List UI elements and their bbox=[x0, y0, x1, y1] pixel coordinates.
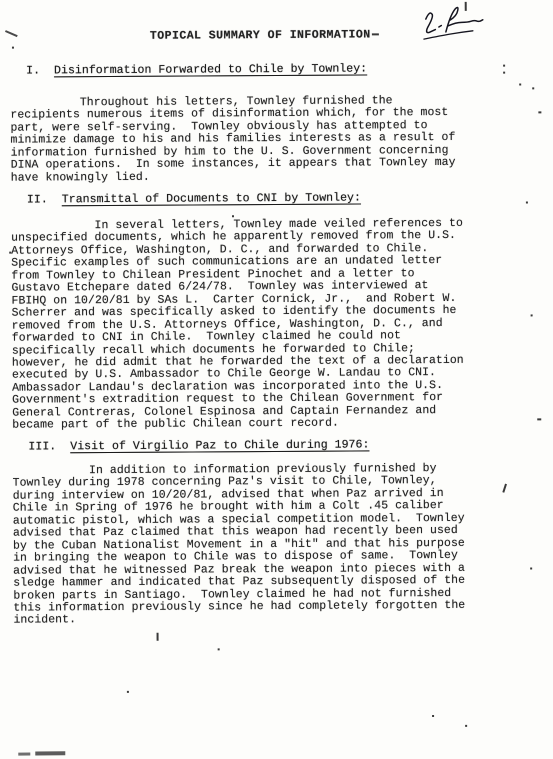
scan-speck bbox=[12, 47, 14, 49]
handwritten-initials-icon bbox=[413, 0, 497, 48]
scan-speck bbox=[465, 725, 467, 727]
scan-speck bbox=[432, 715, 434, 717]
scan-speck bbox=[530, 567, 532, 569]
section-1-body: Throughout his letters, Townley furnishe… bbox=[10, 95, 491, 185]
scan-speck bbox=[532, 87, 534, 89]
section-2-title: Transmittal of Documents to CNI by Townl… bbox=[62, 191, 361, 206]
scan-speck bbox=[531, 314, 533, 316]
scan-speck bbox=[157, 633, 159, 641]
scan-speck bbox=[503, 72, 505, 74]
document-content: TOPICAL SUMMARY OF INFORMATION I. Disinf… bbox=[0, 0, 553, 759]
scan-speck bbox=[232, 215, 234, 217]
document-title: TOPICAL SUMMARY OF INFORMATION bbox=[150, 28, 371, 42]
section-1-heading: I. Disinformation Forwarded to Chile by … bbox=[26, 62, 367, 77]
section-2-numeral: II. bbox=[27, 193, 48, 206]
scan-speck bbox=[503, 65, 505, 67]
scan-speck bbox=[538, 111, 541, 113]
section-1-numeral: I. bbox=[26, 64, 40, 77]
section-2-heading: II. Transmittal of Documents to CNI by T… bbox=[27, 191, 361, 206]
scan-speck bbox=[519, 83, 521, 85]
scan-speck bbox=[526, 201, 528, 203]
section-3-body: In addition to information previously fu… bbox=[13, 463, 494, 628]
scan-speck bbox=[127, 691, 129, 693]
section-3-heading: III. Visit of Virgilio Paz to Chile duri… bbox=[28, 438, 369, 453]
scan-speck bbox=[502, 484, 506, 493]
scan-speck bbox=[372, 33, 379, 35]
scan-speck bbox=[465, 2, 467, 11]
section-3-numeral: III. bbox=[28, 440, 56, 453]
bottom-left-smudge bbox=[35, 751, 65, 755]
section-2-body: In several letters, Townley made veiled … bbox=[11, 218, 492, 433]
scanned-document-page: TOPICAL SUMMARY OF INFORMATION I. Disinf… bbox=[0, 0, 553, 759]
bottom-left-smudge bbox=[18, 753, 30, 756]
section-1-title: Disinformation Forwarded to Chile by Tow… bbox=[54, 62, 367, 77]
scan-speck bbox=[537, 418, 541, 420]
scan-speck bbox=[9, 252, 11, 254]
scan-speck bbox=[5, 30, 18, 37]
section-3-title: Visit of Virgilio Paz to Chile during 19… bbox=[70, 438, 369, 453]
scan-speck bbox=[218, 648, 220, 650]
